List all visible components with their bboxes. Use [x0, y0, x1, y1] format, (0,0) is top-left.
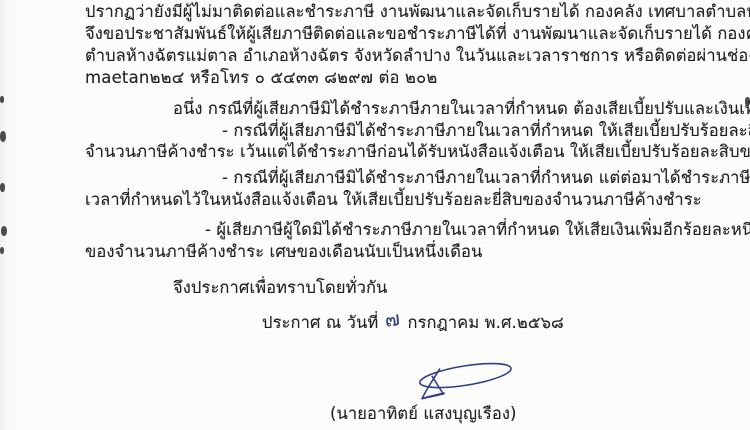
signer-name: (นายอาทิตย์ แสงบุญเรือง): [330, 403, 517, 424]
scanned-announcement-page: ปรากฏว่ายังมีผู้ไม่มาติดต่อและชำระภาษี ง…: [0, 0, 750, 430]
body-text-line: จึงขอประชาสัมพันธ์ให้ผู้เสียภาษีติดต่อแล…: [85, 23, 750, 44]
scan-artifact: [745, 97, 750, 106]
body-text-line: ปรากฏว่ายังมีผู้ไม่มาติดต่อและชำระภาษี ง…: [85, 1, 750, 22]
scan-artifact: [1, 226, 7, 236]
body-text-line: เวลาที่กำหนดไว้ในหนังสือแจ้งเตือน ให้เสี…: [85, 189, 702, 210]
bullet-line: - กรณีที่ผู้เสียภาษีมิได้ชำระภาษีภายในเว…: [222, 120, 750, 141]
date-prefix: ประกาศ ณ วันที่: [262, 312, 378, 333]
body-text-line-phone: maetan๒๒๔ หรือโทร ๐ ๕๔๓๓ ๘๒๙๗ ต่อ ๒๐๒: [85, 67, 438, 88]
signature-scribble: [398, 358, 520, 406]
body-text-line: ตำบลห้างฉัตรแม่ตาล อำเภอห้างฉัตร จังหวัด…: [85, 45, 750, 66]
scan-artifact: [0, 96, 4, 103]
signature-icon: [398, 358, 520, 406]
bullet-line: - กรณีที่ผู้เสียภาษีมิได้ชำระภาษีภายในเว…: [222, 167, 750, 188]
closing-statement: จึงประกาศเพื่อทราบโดยทั่วกัน: [173, 277, 387, 298]
body-text-line: ของจำนวนภาษีค้างชำระ เศษของเดือนนับเป็นห…: [85, 241, 482, 262]
scan-artifact: [0, 183, 5, 192]
body-text-line: อนึ่ง กรณีที่ผู้เสียภาษีมิได้ชำระภาษีภาย…: [173, 98, 750, 119]
handwritten-day: ๗: [384, 308, 401, 330]
body-text-line: จำนวนภาษีค้างชำระ เว้นแต่ได้ชำระภาษีก่อน…: [85, 141, 750, 162]
scan-artifact: [0, 247, 4, 254]
bullet-line: - ผู้เสียภาษีผู้ใดมิได้ชำระภาษีภายในเวลา…: [205, 219, 750, 240]
date-line: ประกาศ ณ วันที่๗กรกฎาคม พ.ศ.๒๕๖๘: [262, 311, 564, 333]
scan-artifact: [0, 131, 6, 142]
date-suffix: กรกฎาคม พ.ศ.๒๕๖๘: [408, 312, 564, 333]
